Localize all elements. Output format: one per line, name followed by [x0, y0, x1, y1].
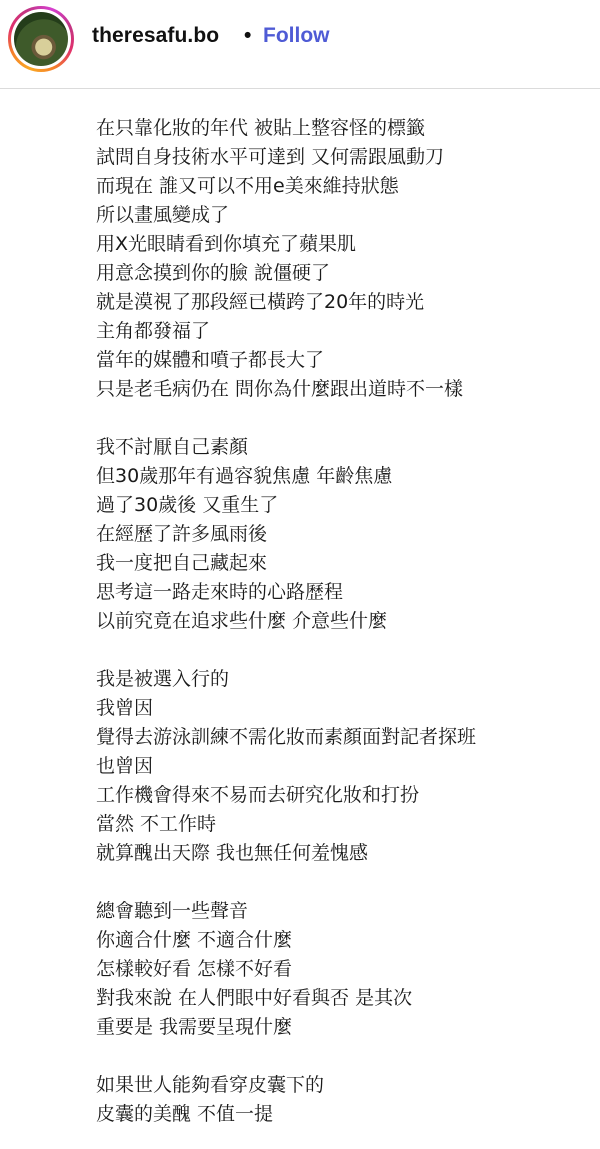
- caption-line: 總會聽到一些聲音: [96, 897, 586, 926]
- caption-line: 但30歲那年有過容貌焦慮 年齡焦慮: [96, 462, 586, 491]
- caption-line: 在經歷了許多風雨後: [96, 520, 586, 549]
- caption-line: 當年的媒體和噴子都長大了: [96, 346, 586, 375]
- caption-line: 我不討厭自己素顏: [96, 433, 586, 462]
- caption-line: 過了30歲後 又重生了: [96, 491, 586, 520]
- caption-line: 覺得去游泳訓練不需化妝而素顏面對記者探班: [96, 723, 586, 752]
- caption-line: 也曾因: [96, 752, 586, 781]
- caption-line: 怎樣較好看 怎樣不好看: [96, 955, 586, 984]
- username-link[interactable]: theresafu.bo: [92, 24, 219, 48]
- caption-line: 試問自身技術水平可達到 又何需跟風動刀: [96, 143, 586, 172]
- header-divider: [0, 88, 600, 89]
- post-caption: 在只靠化妝的年代 被貼上整容怪的標籤 試問自身技術水平可達到 又何需跟風動刀 而…: [96, 114, 586, 1129]
- avatar[interactable]: [8, 6, 74, 72]
- paragraph-gap: [96, 404, 586, 433]
- caption-line: 當然 不工作時: [96, 810, 586, 839]
- caption-line: 如果世人能夠看穿皮囊下的: [96, 1071, 586, 1100]
- caption-line: 思考這一路走來時的心路歷程: [96, 578, 586, 607]
- caption-line: 就算醜出天際 我也無任何羞愧感: [96, 839, 586, 868]
- caption-line: 皮囊的美醜 不值一提: [96, 1100, 586, 1129]
- paragraph-gap: [96, 1042, 586, 1071]
- caption-line: 用X光眼睛看到你填充了蘋果肌: [96, 230, 586, 259]
- separator-dot: •: [244, 24, 251, 48]
- caption-line: 對我來說 在人們眼中好看與否 是其次: [96, 984, 586, 1013]
- caption-paragraph: 我是被選入行的 我曾因 覺得去游泳訓練不需化妝而素顏面對記者探班 也曾因 工作機…: [96, 665, 586, 868]
- paragraph-gap: [96, 868, 586, 897]
- caption-line: 我一度把自己藏起來: [96, 549, 586, 578]
- caption-line: 工作機會得來不易而去研究化妝和打扮: [96, 781, 586, 810]
- avatar-border: [11, 9, 71, 69]
- profile-photo-icon: [14, 12, 68, 66]
- caption-line: 你適合什麼 不適合什麼: [96, 926, 586, 955]
- caption-paragraph: 總會聽到一些聲音 你適合什麼 不適合什麼 怎樣較好看 怎樣不好看 對我來說 在人…: [96, 897, 586, 1042]
- caption-line: 重要是 我需要呈現什麼: [96, 1013, 586, 1042]
- caption-line: 以前究竟在追求些什麼 介意些什麼: [96, 607, 586, 636]
- caption-paragraph: 我不討厭自己素顏 但30歲那年有過容貌焦慮 年齡焦慮 過了30歲後 又重生了 在…: [96, 433, 586, 636]
- caption-line: 所以畫風變成了: [96, 201, 586, 230]
- caption-paragraph: 在只靠化妝的年代 被貼上整容怪的標籤 試問自身技術水平可達到 又何需跟風動刀 而…: [96, 114, 586, 404]
- caption-line: 主角都發福了: [96, 317, 586, 346]
- caption-line: 我是被選入行的: [96, 665, 586, 694]
- follow-button[interactable]: Follow: [263, 24, 330, 48]
- caption-paragraph: 如果世人能夠看穿皮囊下的 皮囊的美醜 不值一提: [96, 1071, 586, 1129]
- caption-line: 我曾因: [96, 694, 586, 723]
- post-header: theresafu.bo • Follow: [0, 0, 600, 88]
- caption-line: 用意念摸到你的臉 說僵硬了: [96, 259, 586, 288]
- caption-line: 就是漠視了那段經已橫跨了20年的時光: [96, 288, 586, 317]
- caption-line: 而現在 誰又可以不用e美來維持狀態: [96, 172, 586, 201]
- caption-line: 在只靠化妝的年代 被貼上整容怪的標籤: [96, 114, 586, 143]
- paragraph-gap: [96, 636, 586, 665]
- caption-line: 只是老毛病仍在 問你為什麼跟出道時不一樣: [96, 375, 586, 404]
